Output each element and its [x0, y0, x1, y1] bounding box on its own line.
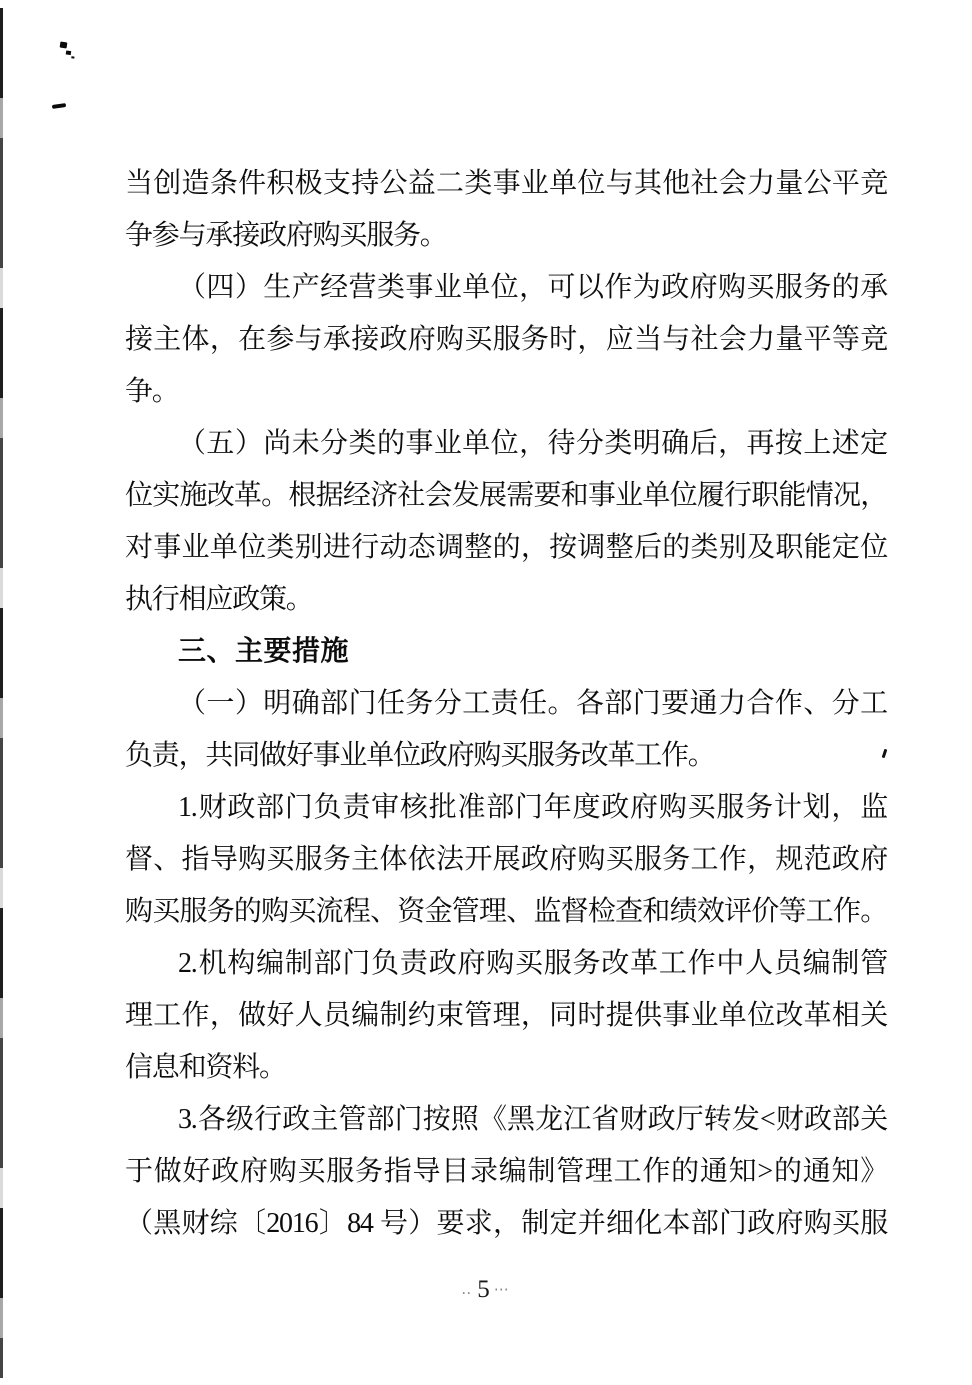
document-body: 当创造条件积极支持公益二类事业单位与其他社会力量公平竞 争参与承接政府购买服务。… — [125, 158, 887, 1250]
scan-edge-artifact — [0, 8, 3, 1378]
text-line: （五）尚未分类的事业单位，待分类明确后，再按上述定 — [125, 418, 887, 470]
text-line: 当创造条件积极支持公益二类事业单位与其他社会力量公平竞 — [125, 158, 887, 210]
text-line: 接主体，在参与承接政府购买服务时，应当与社会力量平等竞 — [125, 314, 887, 366]
page-number-dots-left: ‥ — [461, 1282, 473, 1298]
text-line: 执行相应政策。 — [125, 574, 887, 626]
text-line: （一）明确部门任务分工责任。各部门要通力合作、分工 — [125, 678, 887, 730]
text-line: （黑财综〔2016〕84 号）要求，制定并细化本部门政府购买服 — [125, 1198, 887, 1250]
text-line: 争参与承接政府购买服务。 — [125, 210, 887, 262]
text-line: 争。 — [125, 366, 887, 418]
text-line: 3.各级行政主管部门按照《黑龙江省财政厅转发<财政部关 — [125, 1094, 887, 1146]
text-line: 于做好政府购买服务指导目录编制管理工作的通知>的通知》 — [125, 1146, 887, 1198]
ink-speck — [52, 103, 66, 109]
text-line: 负责，共同做好事业单位政府购买服务改革工作。 — [125, 730, 887, 782]
text-line: 1.财政部门负责审核批准部门年度政府购买服务计划，监 — [125, 782, 887, 834]
page-number: ‥5⋯ — [0, 1276, 972, 1304]
section-heading: 三、主要措施 — [125, 626, 887, 678]
scanned-document-page: 当创造条件积极支持公益二类事业单位与其他社会力量公平竞 争参与承接政府购买服务。… — [0, 0, 972, 1385]
text-line: 督、指导购买服务主体依法开展政府购买服务工作，规范政府 — [125, 834, 887, 886]
page-number-value: 5 — [473, 1276, 494, 1303]
page-number-dots-right: ⋯ — [494, 1282, 511, 1298]
text-line: 2.机构编制部门负责政府购买服务改革工作中人员编制管 — [125, 938, 887, 990]
ink-speck — [60, 42, 68, 49]
text-line: 购买服务的购买流程、资金管理、监督检查和绩效评价等工作。 — [125, 886, 887, 938]
text-line: （四）生产经营类事业单位，可以作为政府购买服务的承 — [125, 262, 887, 314]
text-line: 理工作，做好人员编制约束管理，同时提供事业单位改革相关 — [125, 990, 887, 1042]
text-line: 对事业单位类别进行动态调整的，按调整后的类别及职能定位 — [125, 522, 887, 574]
text-line: 信息和资料。 — [125, 1042, 887, 1094]
text-line: 位实施改革。根据经济社会发展需要和事业单位履行职能情况， — [125, 470, 887, 522]
